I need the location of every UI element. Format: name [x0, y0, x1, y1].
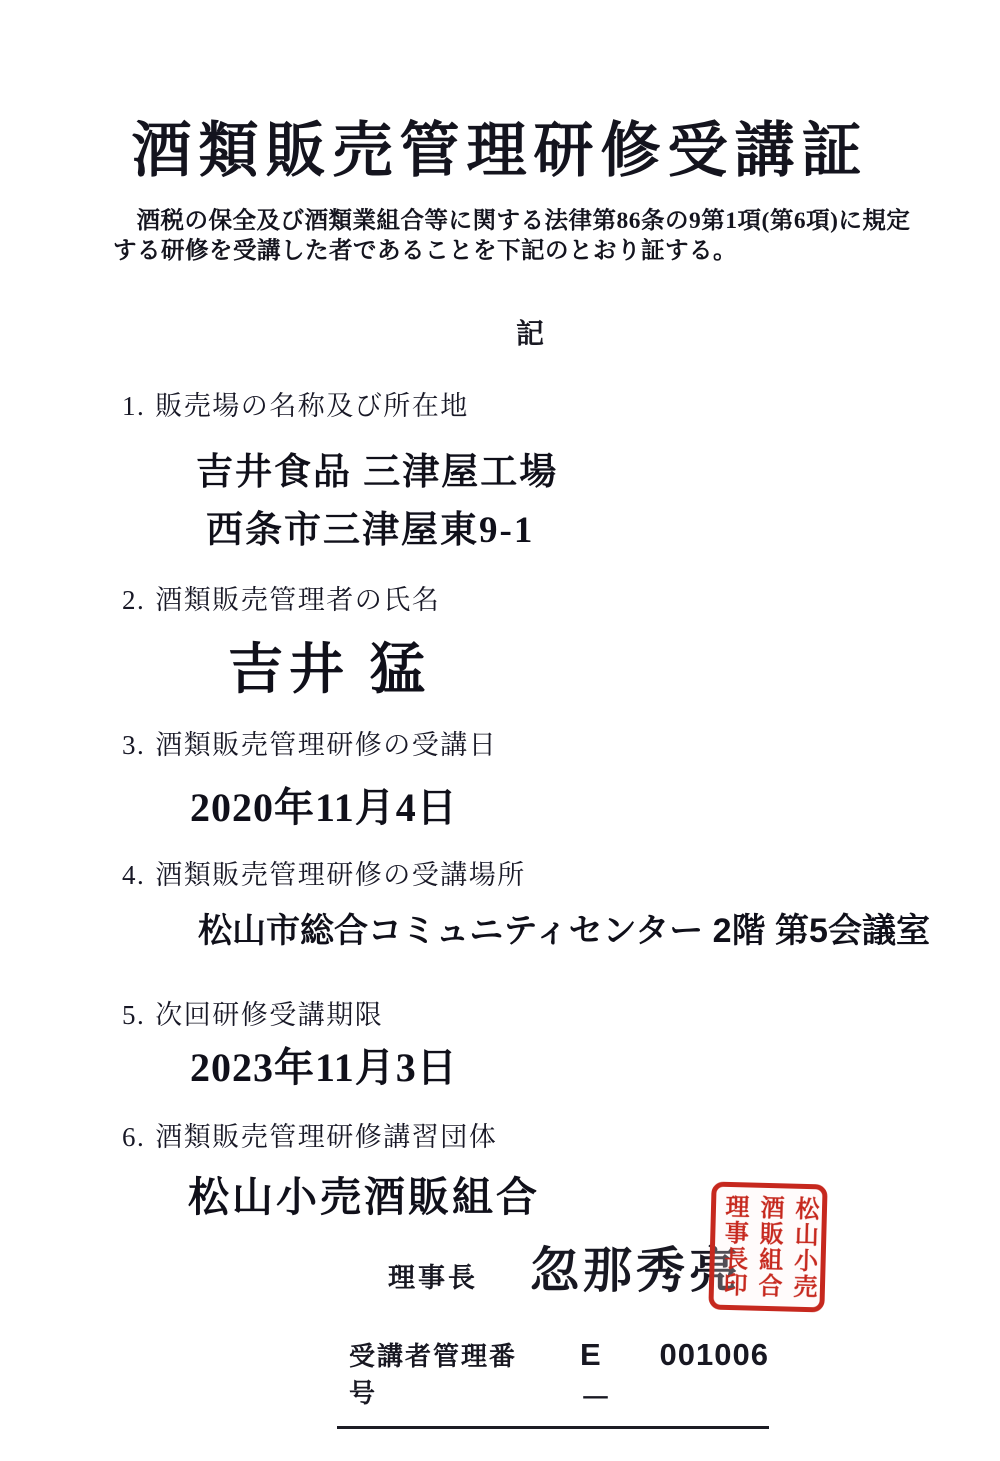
item-5-number: 5.	[122, 1000, 155, 1030]
item-5-label: 5.次回研修受講期限	[122, 999, 1000, 1033]
attendee-number-prefix: E－	[580, 1337, 638, 1418]
attendee-number-label: 受講者管理番号	[349, 1336, 538, 1410]
item-2-label: 2.酒類販売管理者の氏名	[122, 584, 1000, 618]
signature-row: 理事長 忽那秀亮	[388, 1240, 1000, 1301]
item-2-label-text: 酒類販売管理者の氏名	[155, 585, 440, 615]
ki-heading: 記	[30, 312, 1000, 352]
attendee-number-value: 001006	[660, 1337, 769, 1373]
chairman-seal-stamp: 松山小売 酒販組合 理事長印	[708, 1182, 827, 1313]
item-4-number: 4.	[122, 860, 155, 890]
item-1-label-text: 販売場の名称及び所在地	[155, 391, 469, 421]
page-title: 酒類販売管理研修受講証	[0, 0, 1000, 190]
intro-paragraph: 酒税の保全及び酒類業組合等に関する法律第86条の9第1項(第6項)に規定する研修…	[113, 206, 930, 266]
item-2-value-manager-name: 吉井 猛	[228, 636, 1000, 705]
certificate-page: 酒類販売管理研修受講証 酒税の保全及び酒類業組合等に関する法律第86条の9第1項…	[0, 0, 1000, 1461]
item-6-number: 6.	[122, 1122, 155, 1152]
item-3-label: 3.酒類販売管理研修の受講日	[122, 729, 1000, 763]
item-5-value-deadline-date: 2023年11月3日	[190, 1043, 1000, 1093]
item-6-value-organization: 松山小売酒販組合	[188, 1172, 1000, 1223]
item-3-value-training-date: 2020年11月4日	[190, 783, 1000, 833]
item-2-number: 2.	[122, 585, 155, 615]
item-4-value-venue: 松山市総合コミュニティセンター 2階 第5会議室	[198, 910, 1000, 953]
item-4-label: 4.酒類販売管理研修の受講場所	[122, 859, 1000, 893]
item-1-value-shop-name: 吉井食品 三津屋工場	[196, 450, 1000, 496]
item-6-label-text: 酒類販売管理研修講習団体	[155, 1122, 497, 1152]
item-4-label-text: 酒類販売管理研修の受講場所	[155, 860, 526, 890]
item-6-label: 6.酒類販売管理研修講習団体	[122, 1121, 1000, 1155]
item-1-number: 1.	[122, 391, 155, 421]
item-3-label-text: 酒類販売管理研修の受講日	[155, 730, 497, 760]
seal-column-middle: 酒販組合	[755, 1195, 782, 1300]
item-1-value-address: 西条市三津屋東9-1	[206, 508, 1000, 554]
item-3-number: 3.	[122, 730, 155, 760]
signature-title: 理事長	[388, 1256, 478, 1295]
seal-column-right: 松山小売	[790, 1196, 817, 1301]
attendee-number-row: 受講者管理番号 E－ 001006	[337, 1336, 769, 1429]
item-5-label-text: 次回研修受講期限	[155, 1000, 383, 1030]
item-1-label: 1.販売場の名称及び所在地	[122, 390, 1000, 424]
seal-column-left: 理事長印	[720, 1194, 747, 1299]
